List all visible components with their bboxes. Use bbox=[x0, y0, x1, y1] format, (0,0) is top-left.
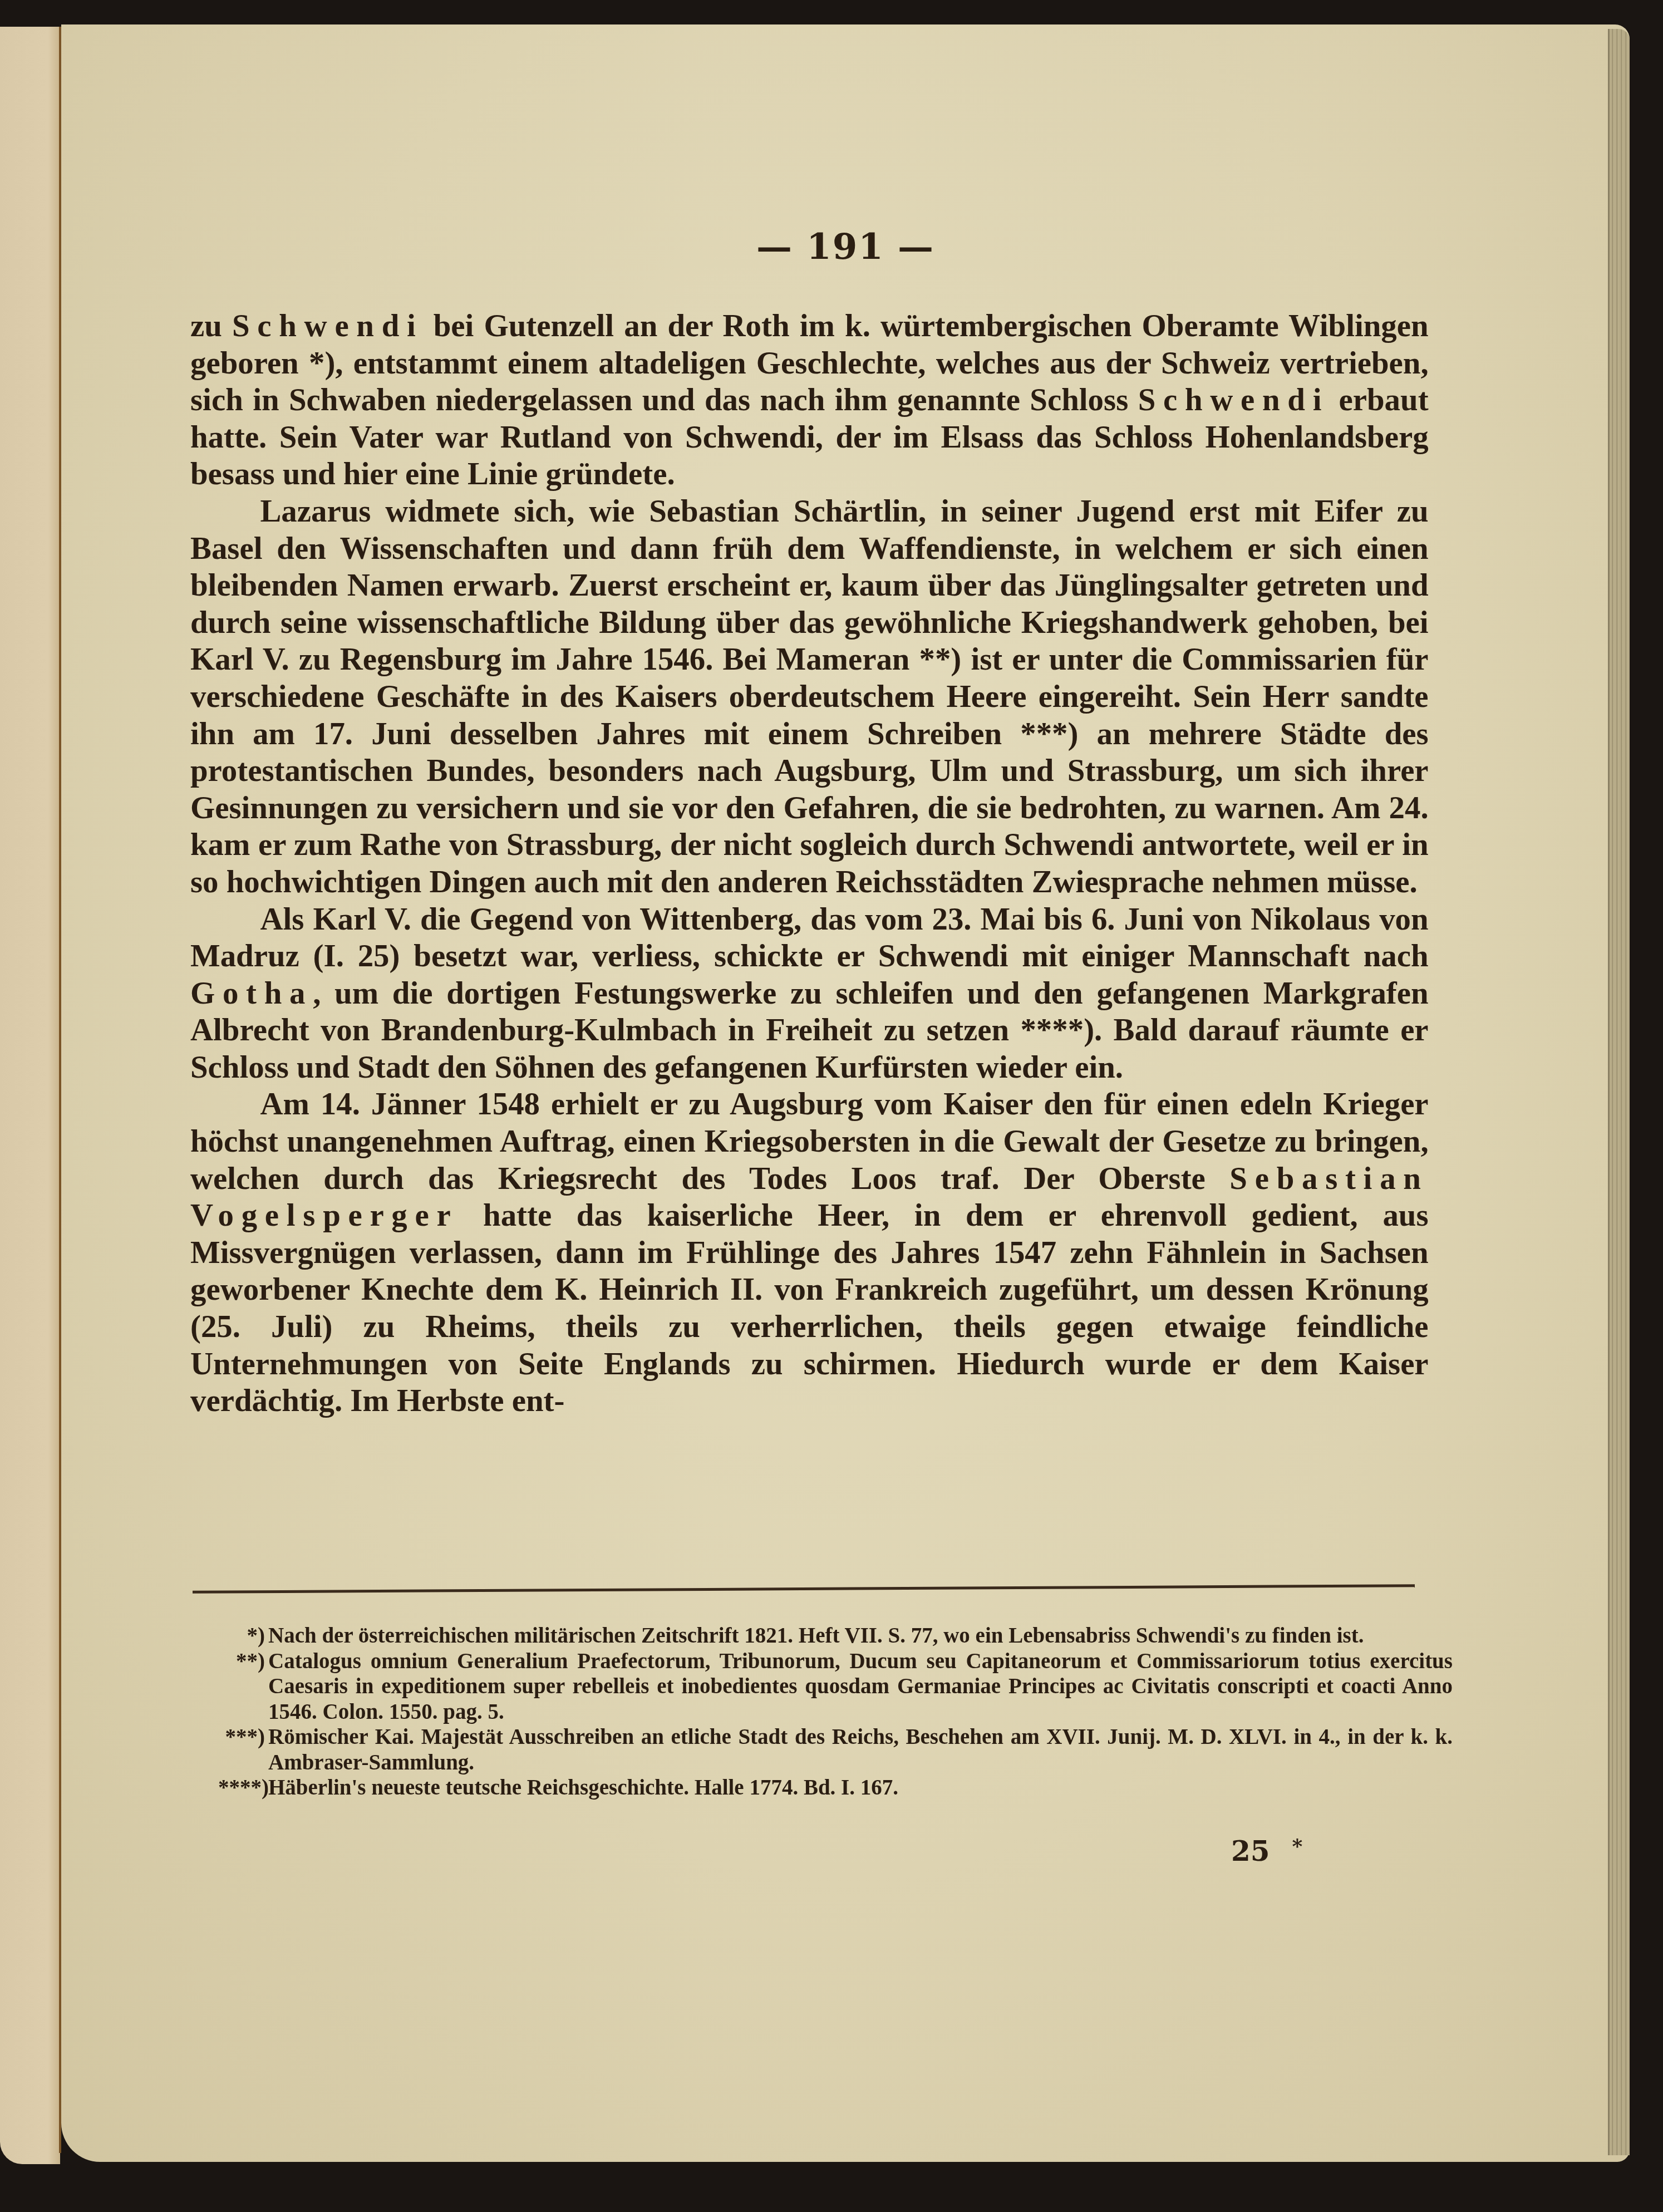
text-run: zu bbox=[190, 307, 232, 343]
book-page: — 191 — zu Schwendi bei Gutenzell an der… bbox=[61, 24, 1630, 2162]
page-fore-edge bbox=[1608, 29, 1630, 2155]
footnote-separator bbox=[193, 1584, 1415, 1593]
page-number-header: — 191 — bbox=[61, 226, 1630, 268]
footnote-mark: ****) bbox=[218, 1775, 265, 1801]
footnote-mark: ***) bbox=[218, 1724, 265, 1750]
footnote-mark: *) bbox=[218, 1623, 265, 1649]
footnote: ****) Häberlin's neueste teutsche Reichs… bbox=[228, 1775, 1453, 1801]
footnote: *) Nach der österreichischen militärisch… bbox=[228, 1623, 1453, 1649]
footnotes: *) Nach der österreichischen militärisch… bbox=[228, 1623, 1453, 1801]
facing-page-edge bbox=[0, 27, 60, 2164]
footnote-text: Römischer Kai. Majestät Ausschreiben an … bbox=[268, 1725, 1453, 1774]
paragraph: Als Karl V. die Gegend von Wittenberg, d… bbox=[190, 901, 1429, 1086]
footnote: ***) Römischer Kai. Majestät Ausschreibe… bbox=[228, 1724, 1453, 1775]
paragraph: zu Schwendi bei Gutenzell an der Roth im… bbox=[190, 307, 1429, 493]
footnote-mark: **) bbox=[218, 1649, 265, 1674]
text-run: , um die dortigen Festungswerke zu schle… bbox=[190, 975, 1429, 1085]
emphasized-name: Gotha bbox=[190, 975, 313, 1011]
footnote-text: Häberlin's neueste teutsche Reichsgeschi… bbox=[268, 1776, 898, 1800]
footnote-text: Nach der österreichischen militärischen … bbox=[268, 1624, 1364, 1648]
footnote: **) Catalogus omnium Generalium Praefect… bbox=[228, 1649, 1453, 1725]
text-run: Als Karl V. die Gegend von Wittenberg, d… bbox=[190, 901, 1429, 974]
paragraph: Lazarus widmete sich, wie Sebastian Schä… bbox=[190, 493, 1429, 901]
main-text: zu Schwendi bei Gutenzell an der Roth im… bbox=[190, 307, 1429, 1419]
emphasized-name: Schwendi bbox=[232, 307, 424, 343]
signature-star-icon: * bbox=[1292, 1835, 1303, 1858]
printer-signature: 25* bbox=[1231, 1835, 1302, 1867]
emphasized-name: Schwendi bbox=[1138, 381, 1330, 417]
signature-number: 25 bbox=[1231, 1835, 1270, 1867]
footnote-text: Catalogus omnium Generalium Praefectorum… bbox=[268, 1649, 1453, 1724]
paragraph: Am 14. Jänner 1548 erhielt er zu Augsbur… bbox=[190, 1085, 1429, 1419]
text-run: Lazarus widmete sich, wie Sebastian Schä… bbox=[190, 493, 1429, 899]
